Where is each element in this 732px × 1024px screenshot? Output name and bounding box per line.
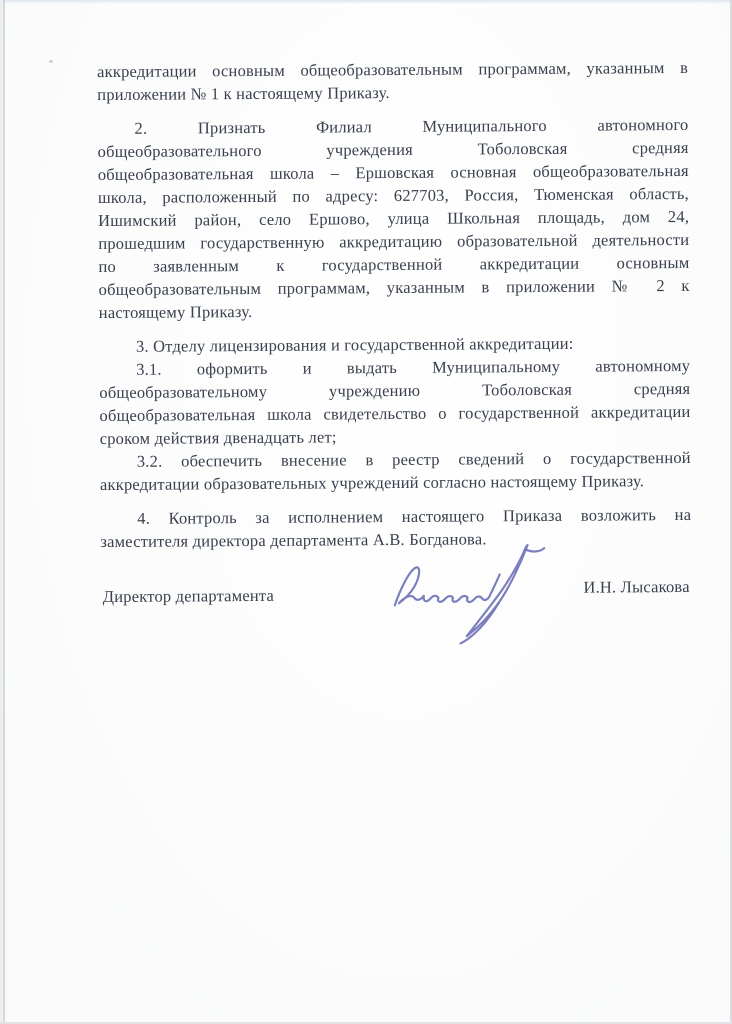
paragraph-item3: 3. Отделу лицензирования и государственн…	[99, 331, 691, 496]
scan-speck	[49, 60, 53, 63]
scan-edge-left	[3, 0, 5, 1024]
text-line: аккредитации образовательных учреждений …	[100, 469, 691, 496]
text-line: общеобразовательная школа свидетельство …	[99, 400, 690, 427]
paragraph-item2: 2. Признать Филиал Муниципального автоно…	[97, 113, 689, 324]
text-line: 4. Контроль за исполнением настоящего Пр…	[100, 503, 691, 530]
signer-name: И.Н. Лысакова	[583, 575, 689, 599]
handwritten-signature-icon	[386, 542, 559, 647]
text-line: настоящему Приказу.	[99, 297, 690, 324]
scan-edge-left-shadow	[0, 0, 3, 1024]
text-line: приложении № 1 к настоящему Приказу.	[97, 79, 688, 106]
paragraph-item1-continuation: аккредитации основным общеобразовательны…	[97, 56, 688, 106]
scan-edge-top	[0, 0, 732, 3]
signature-block: Директор департамента И.Н. Лысакова	[101, 565, 693, 689]
document-body: аккредитации основным общеобразовательны…	[97, 56, 692, 689]
signer-position-label: Директор департамента	[103, 584, 274, 608]
text-line: общеобразовательным программам, указанны…	[99, 274, 690, 301]
text-line: аккредитации основным общеобразовательны…	[97, 56, 688, 83]
scanned-page: аккредитации основным общеобразовательны…	[0, 0, 732, 1024]
